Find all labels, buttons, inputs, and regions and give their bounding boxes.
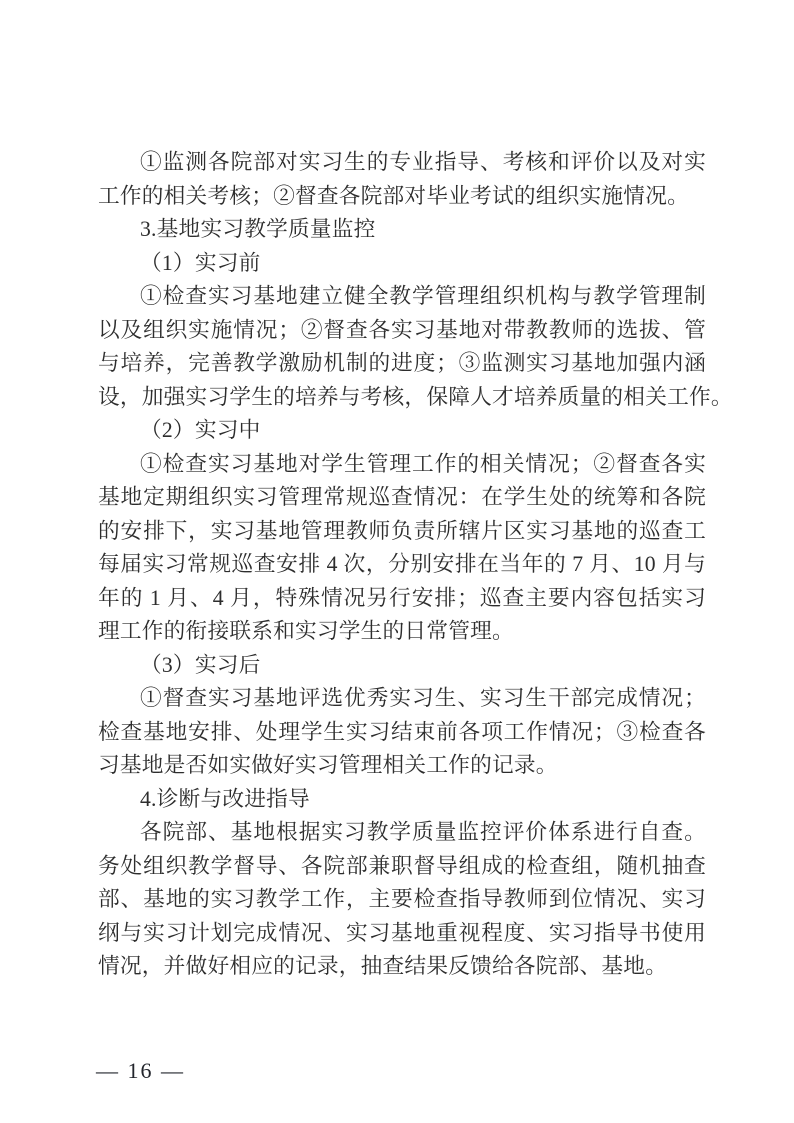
text-line: ①督查实习基地评选优秀实习生、实习生干部完成情况；② [98, 682, 706, 716]
text-line: （1）实习前 [98, 247, 706, 281]
document-body: ①监测各院部对实习生的专业指导、考核和评价以及对实习工作的相关考核；②督查各院部… [98, 146, 706, 984]
text-line: （2）实习中 [98, 414, 706, 448]
paragraph: ①监测各院部对实习生的专业指导、考核和评价以及对实习工作的相关考核；②督查各院部… [98, 146, 706, 213]
text-line: （3）实习后 [98, 649, 706, 683]
text-line: 习基地是否如实做好实习管理相关工作的记录。 [98, 749, 706, 783]
text-line: 务处组织教学督导、各院部兼职督导组成的检查组，随机抽查院 [98, 850, 706, 884]
text-line: ①检查实习基地建立健全教学管理组织机构与教学管理制度 [98, 280, 706, 314]
text-line: 纲与实习计划完成情况、实习基地重视程度、实习指导书使用等 [98, 917, 706, 951]
page-footer: — 16 — [96, 1056, 185, 1086]
text-line: 基地定期组织实习管理常规巡查情况：在学生处的统筹和各院部 [98, 481, 706, 515]
text-line: 4.诊断与改进指导 [98, 783, 706, 817]
text-line: 理工作的衔接联系和实习学生的日常管理。 [98, 615, 706, 649]
paragraph: ①督查实习基地评选优秀实习生、实习生干部完成情况；②检查基地安排、处理学生实习结… [98, 682, 706, 783]
paragraph: 4.诊断与改进指导 [98, 783, 706, 817]
text-line: 的安排下，实习基地管理教师负责所辖片区实习基地的巡查工作， [98, 515, 706, 549]
text-line: 工作的相关考核；②督查各院部对毕业考试的组织实施情况。 [98, 180, 706, 214]
text-line: 3.基地实习教学质量监控 [98, 213, 706, 247]
text-line: 与培养，完善教学激励机制的进度；③监测实习基地加强内涵建 [98, 347, 706, 381]
paragraph: ①检查实习基地对学生管理工作的相关情况；②督查各实习基地定期组织实习管理常规巡查… [98, 448, 706, 649]
text-line: 检查基地安排、处理学生实习结束前各项工作情况；③检查各实 [98, 716, 706, 750]
text-line: ①检查实习基地对学生管理工作的相关情况；②督查各实习 [98, 448, 706, 482]
document-page: ①监测各院部对实习生的专业指导、考核和评价以及对实习工作的相关考核；②督查各院部… [0, 0, 794, 1123]
paragraph: （1）实习前 [98, 247, 706, 281]
paragraph: ①检查实习基地建立健全教学管理组织机构与教学管理制度以及组织实施情况；②督查各实… [98, 280, 706, 414]
paragraph: 各院部、基地根据实习教学质量监控评价体系进行自查。教务处组织教学督导、各院部兼职… [98, 816, 706, 984]
paragraph: （2）实习中 [98, 414, 706, 448]
paragraph: 3.基地实习教学质量监控 [98, 213, 706, 247]
text-line: 设，加强实习学生的培养与考核，保障人才培养质量的相关工作。 [98, 381, 706, 415]
text-line: 部、基地的实习教学工作，主要检查指导教师到位情况、实习大 [98, 883, 706, 917]
text-line: 每届实习常规巡查安排 4 次，分别安排在当年的 7 月、10 月与次 [98, 548, 706, 582]
paragraph: （3）实习后 [98, 649, 706, 683]
text-line: 情况，并做好相应的记录，抽查结果反馈给各院部、基地。 [98, 950, 706, 984]
text-line: ①监测各院部对实习生的专业指导、考核和评价以及对实习 [98, 146, 706, 180]
page-number: — 16 — [96, 1058, 185, 1083]
text-line: 年的 1 月、4 月，特殊情况另行安排；巡查主要内容包括实习管 [98, 582, 706, 616]
text-line: 各院部、基地根据实习教学质量监控评价体系进行自查。教 [98, 816, 706, 850]
text-line: 以及组织实施情况；②督查各实习基地对带教教师的选拔、管理 [98, 314, 706, 348]
